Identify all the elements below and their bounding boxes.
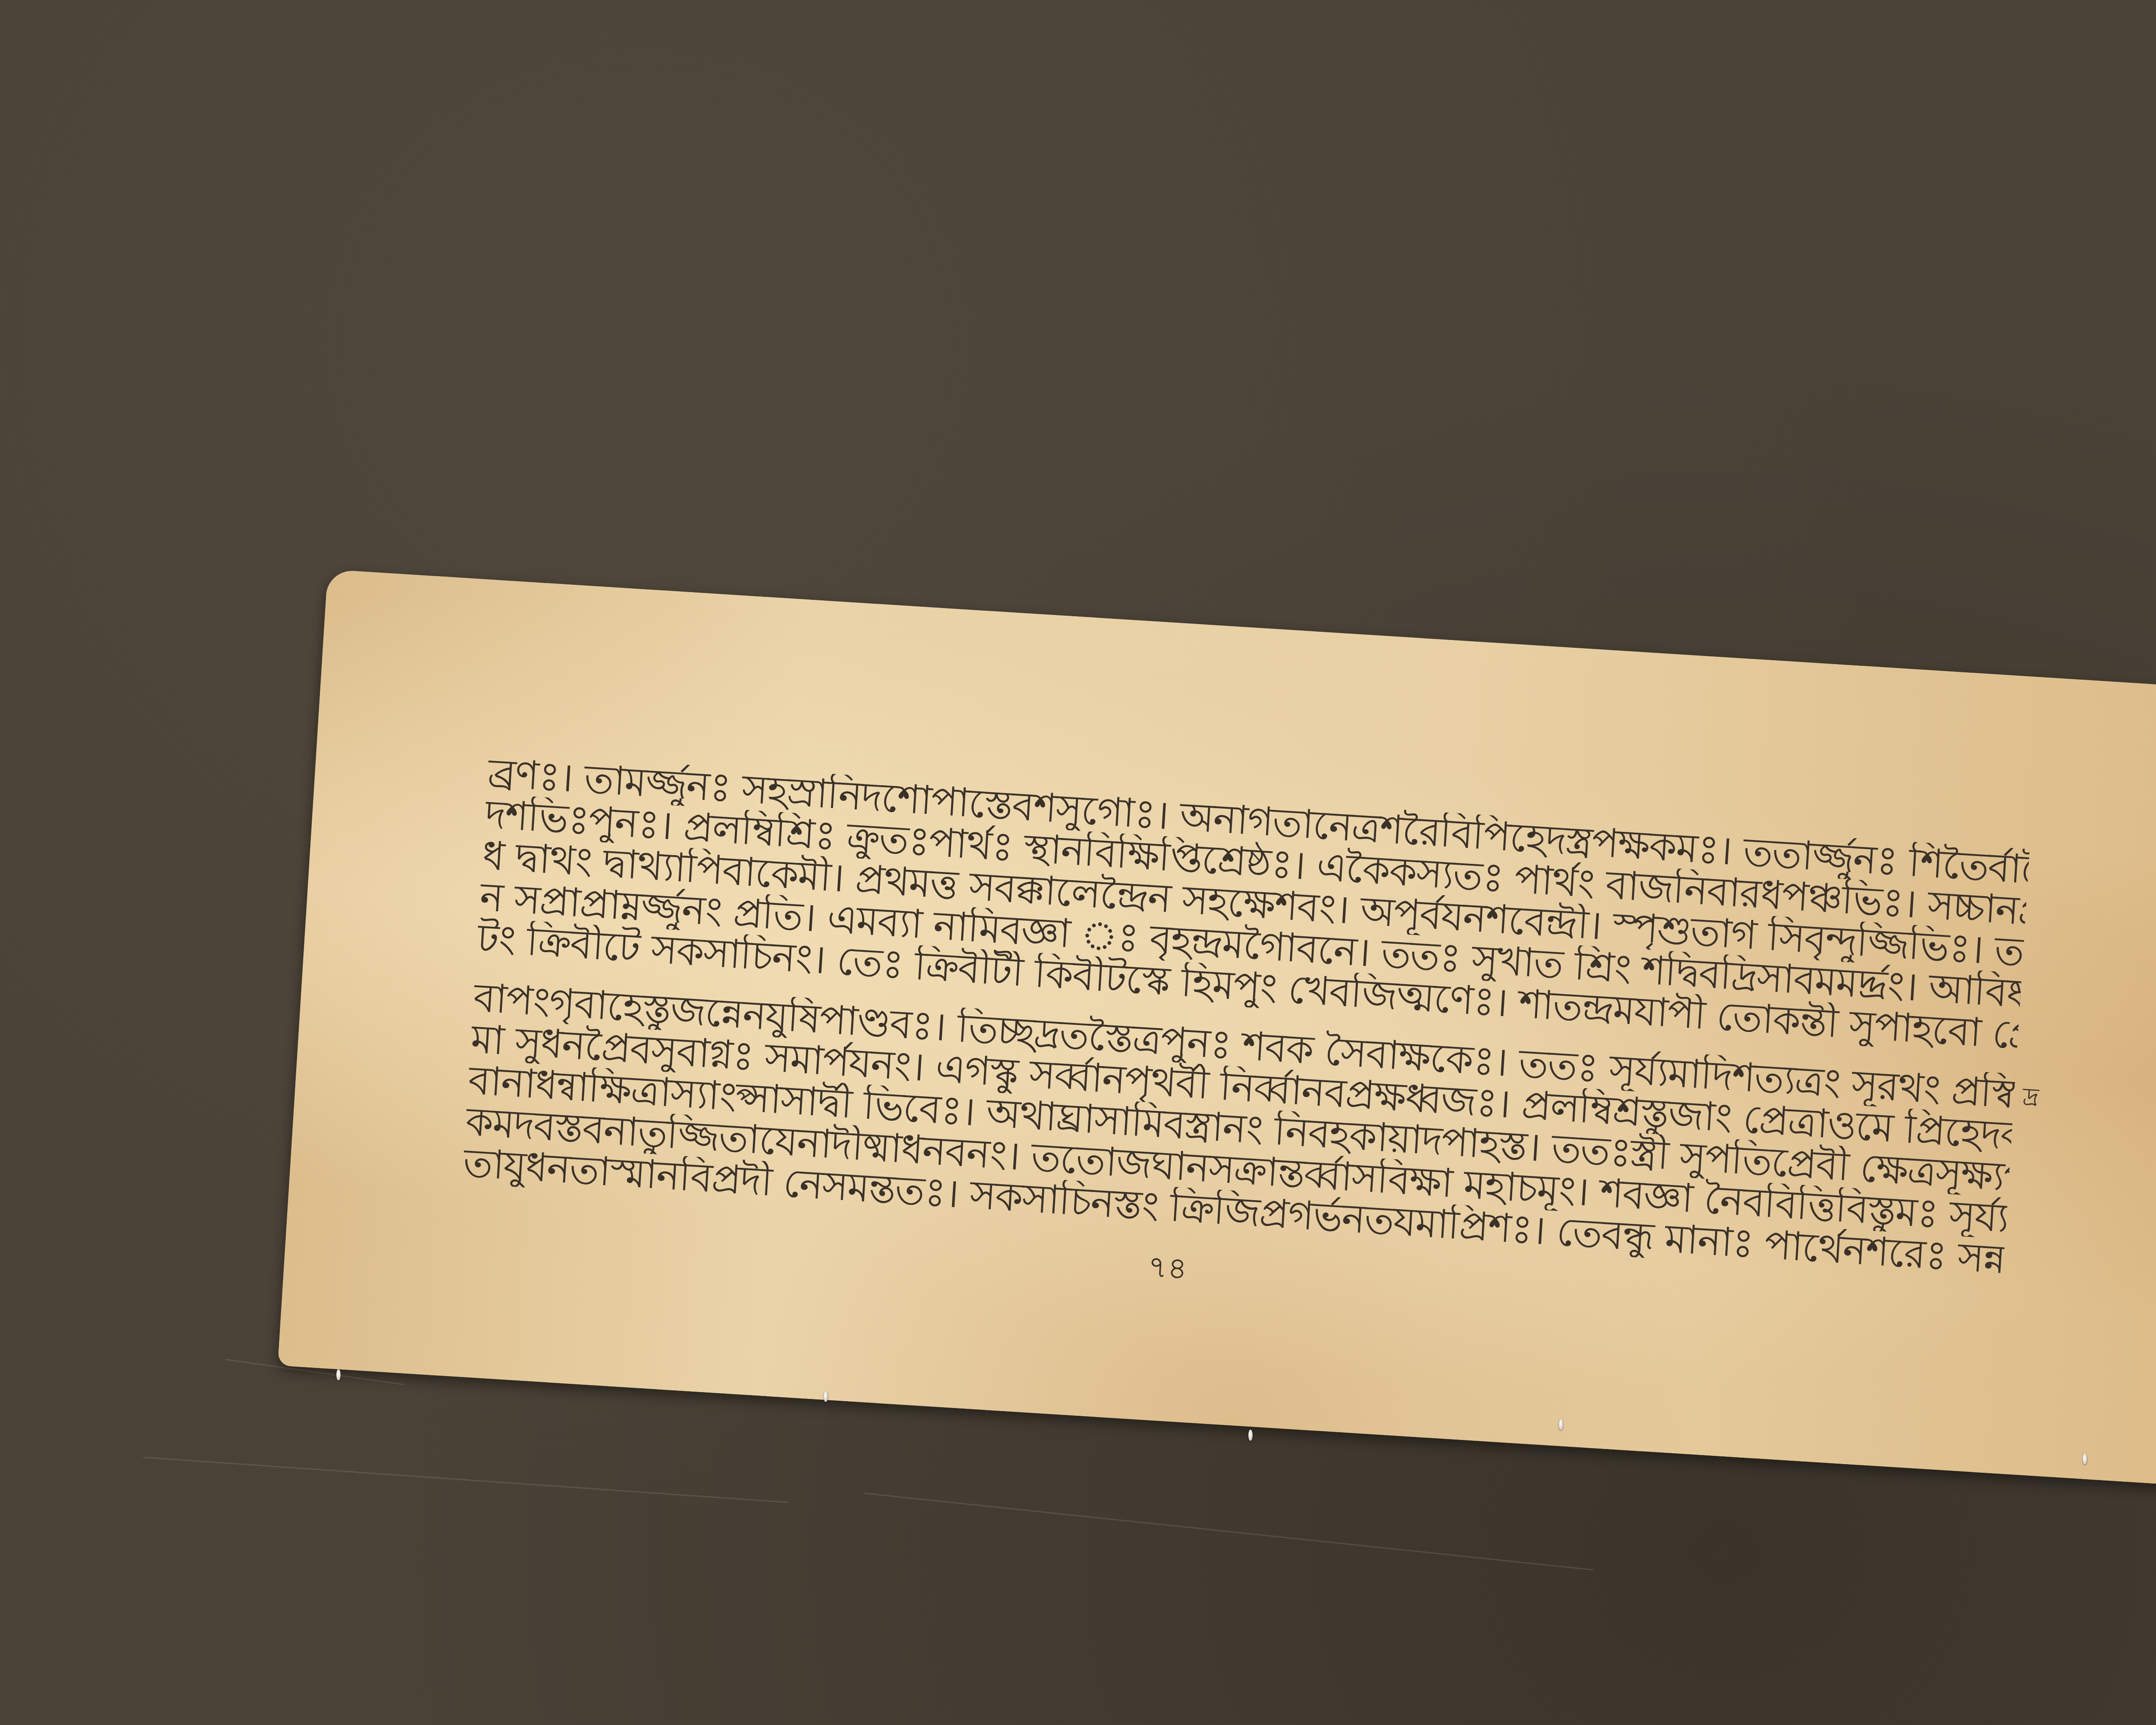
manuscript-text: ব্রণঃ। তামর্জ্জুনঃ সহস্রানিদশোপাস্তেবশসু…	[462, 752, 2030, 1280]
mounting-pin	[1248, 1430, 1253, 1441]
folio-number: ৭৪	[1146, 1243, 1188, 1296]
board-crease	[864, 1493, 1593, 1571]
mounting-pin	[824, 1391, 828, 1402]
board-crease	[143, 1457, 789, 1503]
mounting-pin	[2083, 1453, 2087, 1465]
margin-correction-mark: দ্র	[2021, 1078, 2040, 1119]
manuscript-leaf: ব্রণঃ। তামর্জ্জুনঃ সহস্রানিদশোপাস্তেবশসু…	[278, 569, 2156, 1486]
mounting-pin	[336, 1369, 341, 1380]
mounting-pin	[1559, 1419, 1563, 1430]
